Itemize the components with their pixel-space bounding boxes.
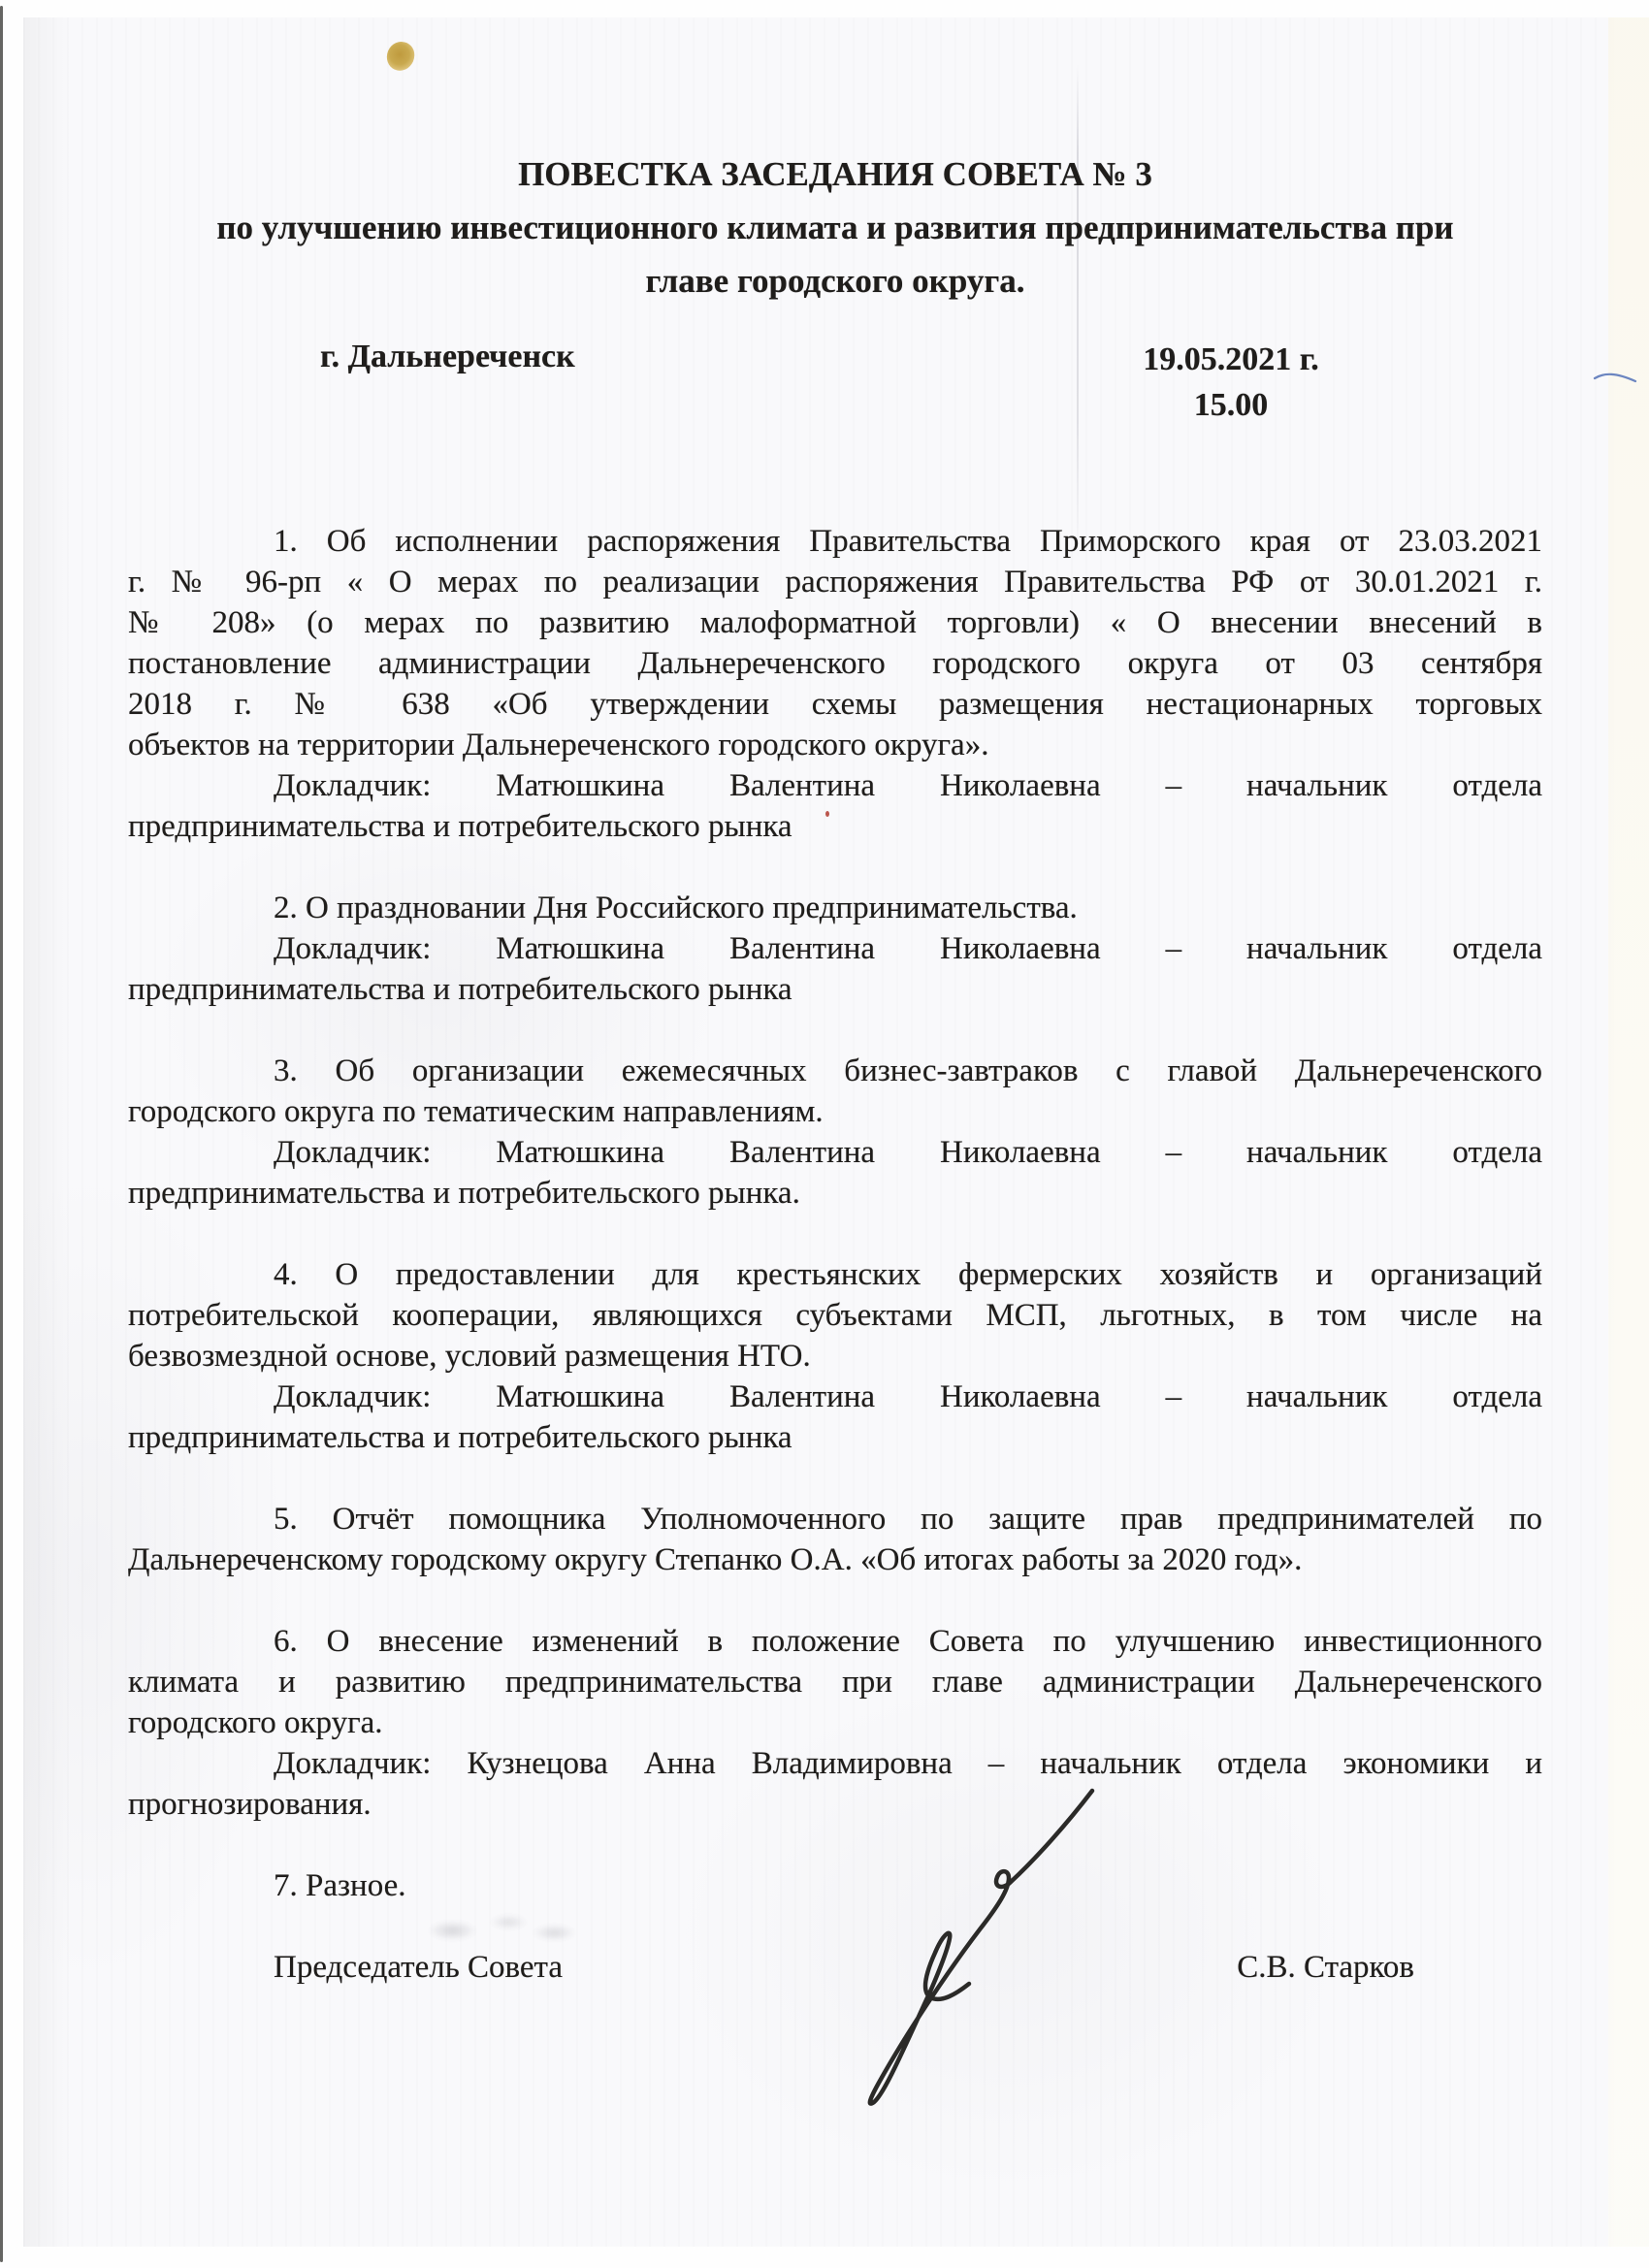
agenda-line: Дальнереченскому городскому округу Степа… [128, 1539, 1542, 1580]
agenda-line: г. № 96-рп « О мерах по реализации распо… [128, 562, 1542, 602]
agenda-line: № 208» (о мерах по развитию малоформатно… [128, 602, 1542, 643]
agenda-item: 2. О праздновании Дня Российского предпр… [128, 888, 1542, 1010]
agenda-line: Докладчик: Матюшкина Валентина Николаевн… [128, 928, 1542, 969]
agenda-item: 5. Отчёт помощника Уполномоченного по за… [128, 1499, 1542, 1580]
agenda-line: Докладчик: Матюшкина Валентина Николаевн… [128, 1377, 1542, 1417]
agenda-line: 6. О внесение изменений в положение Сове… [128, 1621, 1542, 1662]
agenda-line: 3. Об организации ежемесячных бизнес-зав… [128, 1051, 1542, 1091]
signer-name: С.В. Старков [1237, 1947, 1542, 1988]
agenda-line: климата и развитию предпринимательства п… [128, 1662, 1542, 1702]
agenda-item: 3. Об организации ежемесячных бизнес-зав… [128, 1051, 1542, 1214]
agenda-line: предпринимательства и потребительского р… [128, 969, 1542, 1010]
agenda-item: 4. О предоставлении для крестьянских фер… [128, 1254, 1542, 1458]
scanner-edge-right [1608, 17, 1649, 2247]
agenda-items: 1. Об исполнении распоряжения Правительс… [128, 521, 1542, 1906]
agenda-line: 1. Об исполнении распоряжения Правительс… [128, 521, 1542, 562]
agenda-line: предпринимательства и потребительского р… [128, 806, 1542, 847]
agenda-line: 5. Отчёт помощника Уполномоченного по за… [128, 1499, 1542, 1539]
agenda-line: постановление администрации Дальнереченс… [128, 643, 1542, 684]
agenda-line: предпринимательства и потребительского р… [128, 1417, 1542, 1458]
agenda-line: 2018 г. № 638 «Об утверждении схемы разм… [128, 684, 1542, 725]
agenda-line: потребительской кооперации, являющихся с… [128, 1295, 1542, 1336]
agenda-item: 6. О внесение изменений в положение Сове… [128, 1621, 1542, 1825]
agenda-line: предпринимательства и потребительского р… [128, 1173, 1542, 1214]
agenda-line: объектов на территории Дальнереченского … [128, 725, 1542, 765]
meeting-date: 19.05.2021 г. [1119, 337, 1342, 382]
agenda-item: 1. Об исполнении распоряжения Правительс… [128, 521, 1542, 847]
agenda-line: Докладчик: Кузнецова Анна Владимировна –… [128, 1743, 1542, 1784]
signer-title: Председатель Совета [128, 1947, 563, 1988]
agenda-line: безвозмездной основе, условий размещения… [128, 1336, 1542, 1377]
scanner-edge-left [0, 6, 3, 2262]
agenda-line: городского округа по тематическим направ… [128, 1091, 1542, 1132]
city-label: г. Дальнереченск [320, 337, 575, 377]
agenda-line: прогнозирования. [128, 1784, 1542, 1825]
title-line-1: ПОВЕСТКА ЗАСЕДАНИЯ СОВЕТА № 3 [128, 147, 1542, 201]
signature-row: Председатель Совета С.В. Старков [128, 1947, 1542, 1988]
date-time-block: 19.05.2021 г. 15.00 [1119, 337, 1342, 428]
document-content: ПОВЕСТКА ЗАСЕДАНИЯ СОВЕТА № 3 по улучшен… [128, 0, 1542, 1988]
scanned-document-page: { "document": { "title_line1": "ПОВЕСТКА… [0, 0, 1649, 2268]
agenda-line: городского округа. [128, 1702, 1542, 1743]
meta-row: г. Дальнереченск 19.05.2021 г. 15.00 [128, 337, 1542, 434]
agenda-line: Докладчик: Матюшкина Валентина Николаевн… [128, 765, 1542, 806]
document-title: ПОВЕСТКА ЗАСЕДАНИЯ СОВЕТА № 3 по улучшен… [128, 147, 1542, 308]
meeting-time: 15.00 [1119, 382, 1342, 428]
agenda-line: Докладчик: Матюшкина Валентина Николаевн… [128, 1132, 1542, 1173]
title-line-2: по улучшению инвестиционного климата и р… [128, 201, 1542, 254]
agenda-line: 7. Разное. [128, 1865, 1542, 1906]
agenda-item: 7. Разное. [128, 1865, 1542, 1906]
agenda-line: 4. О предоставлении для крестьянских фер… [128, 1254, 1542, 1295]
agenda-line: 2. О праздновании Дня Российского предпр… [128, 888, 1542, 928]
title-line-3: главе городского округа. [128, 254, 1542, 308]
